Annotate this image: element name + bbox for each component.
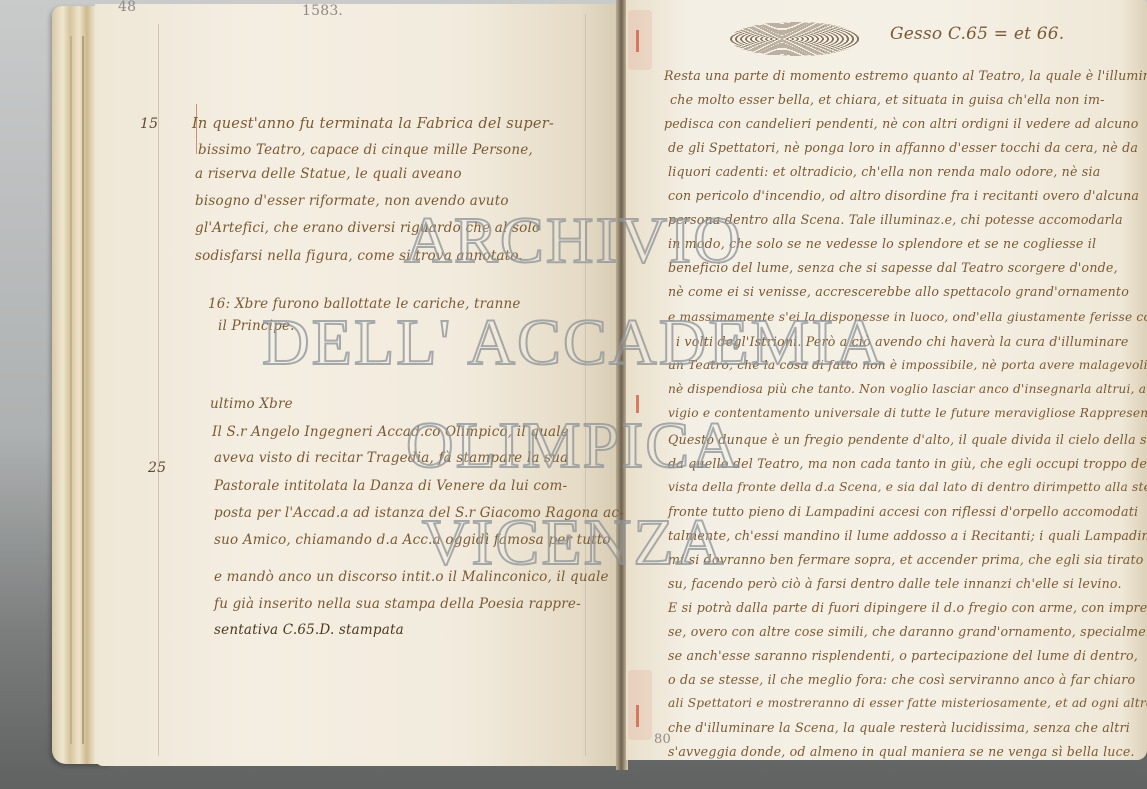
text-line: beneficio del lume, senza che si sapesse…: [668, 260, 1118, 275]
entry-line: fu già inserito nella sua stampa della P…: [214, 596, 581, 612]
crossed-out-scribble: [730, 22, 860, 56]
text-line: se, overo con altre cose simili, che dar…: [668, 624, 1147, 639]
text-line: mi si dovranno ben fermare sopra, et acc…: [668, 552, 1144, 567]
entry-line: In quest'anno fu terminata la Fabrica de…: [192, 116, 554, 132]
text-line: i volti degl'Istrioni. Però a ciò avendo…: [676, 334, 1129, 349]
page-number: 80: [654, 732, 671, 747]
text-line: o da se stesse, il che meglio fora: che …: [668, 672, 1135, 687]
entry-line: sentativa C.65.D. stampata: [214, 622, 404, 638]
year-header: 1583.: [302, 3, 343, 19]
text-line: persona dentro alla Scena. Tale illumina…: [668, 212, 1123, 227]
entry-line: il Principe.: [218, 318, 295, 334]
text-line: su, facendo però ciò à farsi dentro dall…: [668, 576, 1122, 591]
red-mark: [636, 30, 639, 52]
entry-line: gl'Artefici, che erano diversi riguardo …: [195, 220, 540, 236]
manuscript-scan: 48 1583. 15 In quest'anno fu terminata l…: [0, 0, 1147, 789]
stain: [628, 10, 652, 70]
text-line: vista della fronte della d.a Scena, e si…: [668, 480, 1147, 494]
page-number: 48: [118, 0, 136, 15]
entry-line: e mandò anco un discorso intit.o il Mali…: [214, 569, 609, 585]
text-line: vigio e contentamento universale di tutt…: [668, 406, 1147, 420]
page-edge-line: [82, 36, 84, 744]
entry-line: aveva visto di recitar Tragedia, fà stam…: [214, 450, 568, 466]
margin-number: 15: [140, 116, 158, 132]
text-line: s'avveggia donde, od almeno in qual mani…: [668, 744, 1135, 759]
entry-line: a riserva delle Statue, le quali aveano: [195, 166, 462, 182]
text-line: nè dispendiosa più che tanto. Non voglio…: [668, 382, 1147, 396]
margin-rule: [158, 24, 159, 756]
text-line: nè come ei si venisse, accrescerebbe all…: [668, 284, 1129, 299]
right-page: [626, 0, 1147, 760]
entry-line: sodisfarsi nella figura, come si trova a…: [195, 248, 523, 264]
text-line: che molto esser bella, et chiara, et sit…: [670, 92, 1105, 107]
text-line: da quello del Teatro, ma non cada tanto …: [668, 456, 1147, 471]
entry-line: bisogno d'esser riformate, non avendo av…: [195, 193, 509, 209]
inner-rule: [585, 14, 586, 756]
text-line: un Teatro, che la cosa di fatto non è im…: [668, 358, 1147, 372]
red-mark: [636, 395, 639, 413]
text-line: e massimamente s'ei la disponesse in luo…: [668, 310, 1147, 324]
text-line: talmente, ch'essi mandino il lume addoss…: [668, 528, 1147, 543]
text-line: che d'illuminare la Scena, la quale rest…: [668, 720, 1130, 735]
entry-line: Il S.r Angelo Ingegneri Accad.co Olimpic…: [212, 424, 569, 440]
text-line: pedisca con candelieri pendenti, nè con …: [664, 116, 1139, 131]
page-edge-line: [70, 36, 72, 744]
text-line: Resta una parte di momento estremo quant…: [664, 68, 1147, 83]
entry-line: posta per l'Accad.a ad istanza del S.r G…: [214, 505, 624, 521]
red-mark: [636, 705, 639, 727]
text-line: ali Spettatori e mostreranno di esser fa…: [668, 696, 1147, 710]
date-line: ultimo Xbre: [210, 396, 293, 412]
margin-number: 25: [148, 460, 166, 476]
text-line: fronte tutto pieno di Lampadini accesi c…: [668, 504, 1138, 519]
text-line: E si potrà dalla parte di fuori dipinger…: [668, 600, 1147, 615]
text-line: in modo, che solo se ne vedesse lo splen…: [668, 236, 1096, 251]
entry-line: Pastorale intitolata la Danza di Venere …: [214, 478, 567, 494]
text-line: con pericolo d'incendio, od altro disord…: [668, 188, 1139, 203]
text-line: liquori cadenti: et oltradicio, ch'ella …: [668, 164, 1100, 179]
text-line: se anch'esse saranno risplendenti, o par…: [668, 648, 1138, 663]
entry-line: 16: Xbre furono ballottate le cariche, t…: [208, 296, 521, 312]
text-line: de gli Spettatori, nè ponga loro in affa…: [668, 140, 1138, 155]
stain: [628, 670, 652, 740]
entry-line: bissimo Teatro, capace di cinque mille P…: [198, 142, 533, 158]
entry-line: suo Amico, chiamando d.a Acc.a oggidì fa…: [214, 532, 611, 548]
page-header: Gesso C.65 = et 66.: [890, 24, 1064, 44]
text-line: Questo dunque è un fregio pendente d'alt…: [668, 432, 1147, 447]
